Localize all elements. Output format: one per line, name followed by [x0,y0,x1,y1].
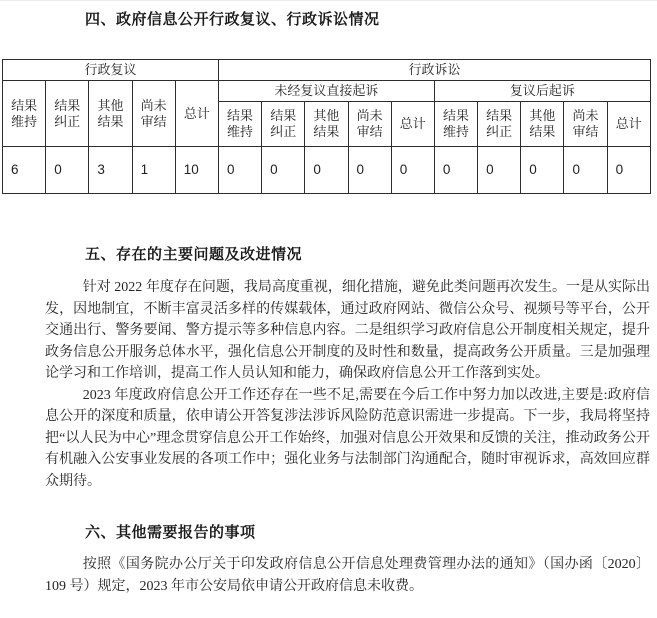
cell-direct-other: 0 [305,147,348,194]
col-header-result-corrected: 结果 纠正 [262,102,305,147]
cell-direct-pending: 0 [348,147,391,194]
cell-direct-corrected: 0 [262,147,305,194]
cell-post-other: 0 [521,147,564,194]
col-header-total: 总计 [607,102,650,147]
group-header-reconsideration: 行政复议 [3,60,219,81]
cell-direct-total: 0 [391,147,434,194]
section5-paragraph-2: 2023 年度政府信息公开工作还存在一些不足,需要在今后工作中努力加以改进,主要… [45,385,650,493]
col-header-other-result: 其他 结果 [89,81,132,147]
cell-post-total: 0 [607,147,650,194]
table-row: 行政复议 行政诉讼 [3,60,651,81]
section5-paragraph-1: 针对 2022 年度存在问题，我局高度重视，细化措施，避免此类问题再次发生。一是… [45,277,650,385]
cell-reconsideration-pending: 1 [132,147,175,194]
section6-paragraph-1: 按照《国务院办公厅关于印发政府信息公开信息处理费管理办法的通知》（国办函〔202… [45,554,650,597]
col-header-total: 总计 [175,81,218,147]
section4-heading: 四、政府信息公开行政复议、行政诉讼情况 [85,12,649,29]
col-header-result-corrected: 结果 纠正 [478,102,521,147]
group-header-litigation: 行政诉讼 [218,60,650,81]
table-row: 结果 维持 结果 纠正 其他 结果 尚未 审结 总计 未经复议直接起诉 复议后起… [3,81,651,102]
cell-reconsideration-other: 3 [89,147,132,194]
col-header-pending: 尚未 审结 [348,102,391,147]
sub-header-direct-suit: 未经复议直接起诉 [218,81,434,102]
reconsideration-litigation-table: 行政复议 行政诉讼 结果 维持 结果 纠正 其他 结果 尚未 审结 总计 未经复… [2,59,651,194]
col-header-other-result: 其他 结果 [305,102,348,147]
cell-reconsideration-total: 10 [175,147,218,194]
cell-direct-upheld: 0 [218,147,261,194]
sub-header-post-reconsideration-suit: 复议后起诉 [434,81,650,102]
col-header-result-upheld: 结果 维持 [434,102,477,147]
table-data-row: 6 0 3 1 10 0 0 0 0 0 0 0 0 0 0 [3,147,651,194]
col-header-pending: 尚未 审结 [132,81,175,147]
col-header-pending: 尚未 审结 [564,102,607,147]
col-header-result-upheld: 结果 维持 [3,81,46,147]
cell-post-upheld: 0 [434,147,477,194]
col-header-result-upheld: 结果 维持 [218,102,261,147]
report-page: 四、政府信息公开行政复议、行政诉讼情况 行政复议 行政诉讼 结果 维持 结果 纠… [0,0,657,618]
col-header-result-corrected: 结果 纠正 [46,81,89,147]
cell-reconsideration-upheld: 6 [3,147,46,194]
col-header-total: 总计 [391,102,434,147]
cell-reconsideration-corrected: 0 [46,147,89,194]
section6-heading: 六、其他需要报告的事项 [85,525,649,542]
col-header-other-result: 其他 结果 [521,102,564,147]
cell-post-corrected: 0 [478,147,521,194]
cell-post-pending: 0 [564,147,607,194]
section5-heading: 五、存在的主要问题及改进情况 [85,247,649,264]
